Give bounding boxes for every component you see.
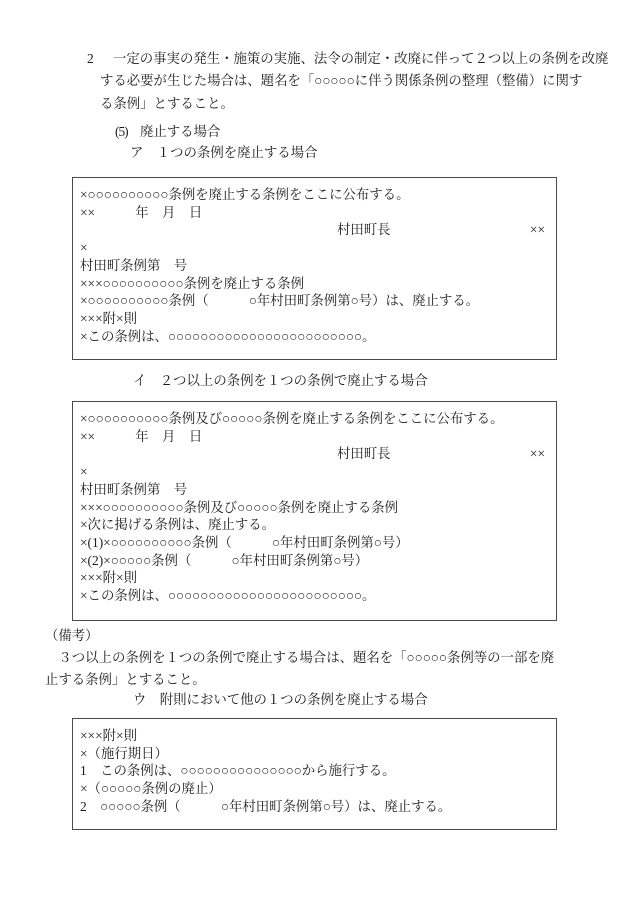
- heading-a: ア １つの条例を廃止する場合: [130, 143, 317, 163]
- remark-block: （備考） ３つ以上の条例を１つの条例で廃止する場合は、題名を「○○○○○条例等の…: [45, 625, 590, 691]
- heading-u: ウ 附則において他の１つの条例を廃止する場合: [133, 690, 428, 710]
- box2-line: ×次に掲げる条例は、廃止する。: [80, 516, 549, 534]
- paragraph-text: 一定の事実の発生・施策の実施、法令の制定・改廃に伴って２つ以上の条例を改廃: [113, 51, 608, 66]
- mayor-name: ××: [530, 445, 545, 463]
- box2-line: 村田町条例第 号: [80, 481, 549, 499]
- box3-line: ×（○○○○○条例の廃止）: [80, 780, 549, 798]
- box2-line: ×××附×則: [80, 569, 549, 587]
- paragraph-line: 2一定の事実の発生・施策の実施、法令の制定・改廃に伴って２つ以上の条例を改廃: [0, 48, 630, 70]
- box1-line: ×× 年 月 日: [80, 204, 549, 222]
- box2-line: ×○○○○○○○○○○条例及び○○○○○条例を廃止する条例をここに公布する。: [80, 410, 549, 428]
- mayor-title: 村田町長: [337, 445, 391, 463]
- heading-i: イ ２つ以上の条例を１つの条例で廃止する場合: [133, 371, 428, 391]
- box2-line: ×× 年 月 日: [80, 428, 549, 446]
- mayor-title: 村田町長: [337, 221, 391, 239]
- box2-mayor-line: 村田町長 ××: [80, 445, 549, 463]
- heading-number: (5): [115, 122, 140, 142]
- box3-line: ×（施行期日）: [80, 745, 549, 763]
- box1-line: ×××附×則: [80, 310, 549, 328]
- heading-label: 廃止する場合: [140, 124, 220, 139]
- box1-line: 村田町条例第 号: [80, 257, 549, 275]
- box1-line: ×○○○○○○○○○○条例（ ○年村田町条例第○号）は、廃止する。: [80, 292, 549, 310]
- box1-mayor-line: 村田町長 ××: [80, 221, 549, 239]
- paragraph-line: する必要が生じた場合は、題名を「○○○○○に伴う関係条例の整理（整備）に関す: [0, 70, 630, 92]
- example-box-repeal-in-supplementary: ×××附×則 ×（施行期日） 1 この条例は、○○○○○○○○○○○○○○○から…: [72, 718, 557, 830]
- box2-line: ×この条例は、○○○○○○○○○○○○○○○○○○○○○○○○。: [80, 587, 549, 605]
- box2-line: ×××○○○○○○○○○○条例及び○○○○○条例を廃止する条例: [80, 499, 549, 517]
- box1-line: ×××○○○○○○○○○○条例を廃止する条例: [80, 275, 549, 293]
- box2-line: ×(1)×○○○○○○○○○○条例（ ○年村田町条例第○号）: [80, 534, 549, 552]
- remark-line: ３つ以上の条例を１つの条例で廃止する場合は、題名を「○○○○○条例等の一部を廃: [45, 647, 590, 669]
- box2-line: ×: [80, 463, 549, 481]
- box2-line: ×(2)×○○○○○条例（ ○年村田町条例第○号）: [80, 552, 549, 570]
- box1-line: ×○○○○○○○○○○条例を廃止する条例をここに公布する。: [80, 186, 549, 204]
- heading-item-5: (5)廃止する場合: [115, 122, 220, 142]
- remark-line: 止する条例」とすること。: [45, 669, 590, 691]
- box1-line: ×: [80, 239, 549, 257]
- remark-title: （備考）: [45, 625, 590, 647]
- box1-line: ×この条例は、○○○○○○○○○○○○○○○○○○○○○○○○。: [80, 328, 549, 346]
- example-box-repeal-multiple: ×○○○○○○○○○○条例及び○○○○○条例を廃止する条例をここに公布する。 ×…: [72, 401, 557, 621]
- mayor-name: ××: [530, 221, 545, 239]
- paragraph-2: 2一定の事実の発生・施策の実施、法令の制定・改廃に伴って２つ以上の条例を改廃 す…: [0, 48, 630, 115]
- box3-line: 2 ○○○○○条例（ ○年村田町条例第○号）は、廃止する。: [80, 798, 549, 816]
- box3-line: ×××附×則: [80, 727, 549, 745]
- paragraph-number: 2: [87, 48, 113, 70]
- paragraph-line: る条例」とすること。: [0, 93, 630, 115]
- example-box-repeal-single: ×○○○○○○○○○○条例を廃止する条例をここに公布する。 ×× 年 月 日 村…: [72, 177, 557, 360]
- document-page: 2一定の事実の発生・施策の実施、法令の制定・改廃に伴って２つ以上の条例を改廃 す…: [0, 0, 630, 903]
- box3-line: 1 この条例は、○○○○○○○○○○○○○○○から施行する。: [80, 762, 549, 780]
